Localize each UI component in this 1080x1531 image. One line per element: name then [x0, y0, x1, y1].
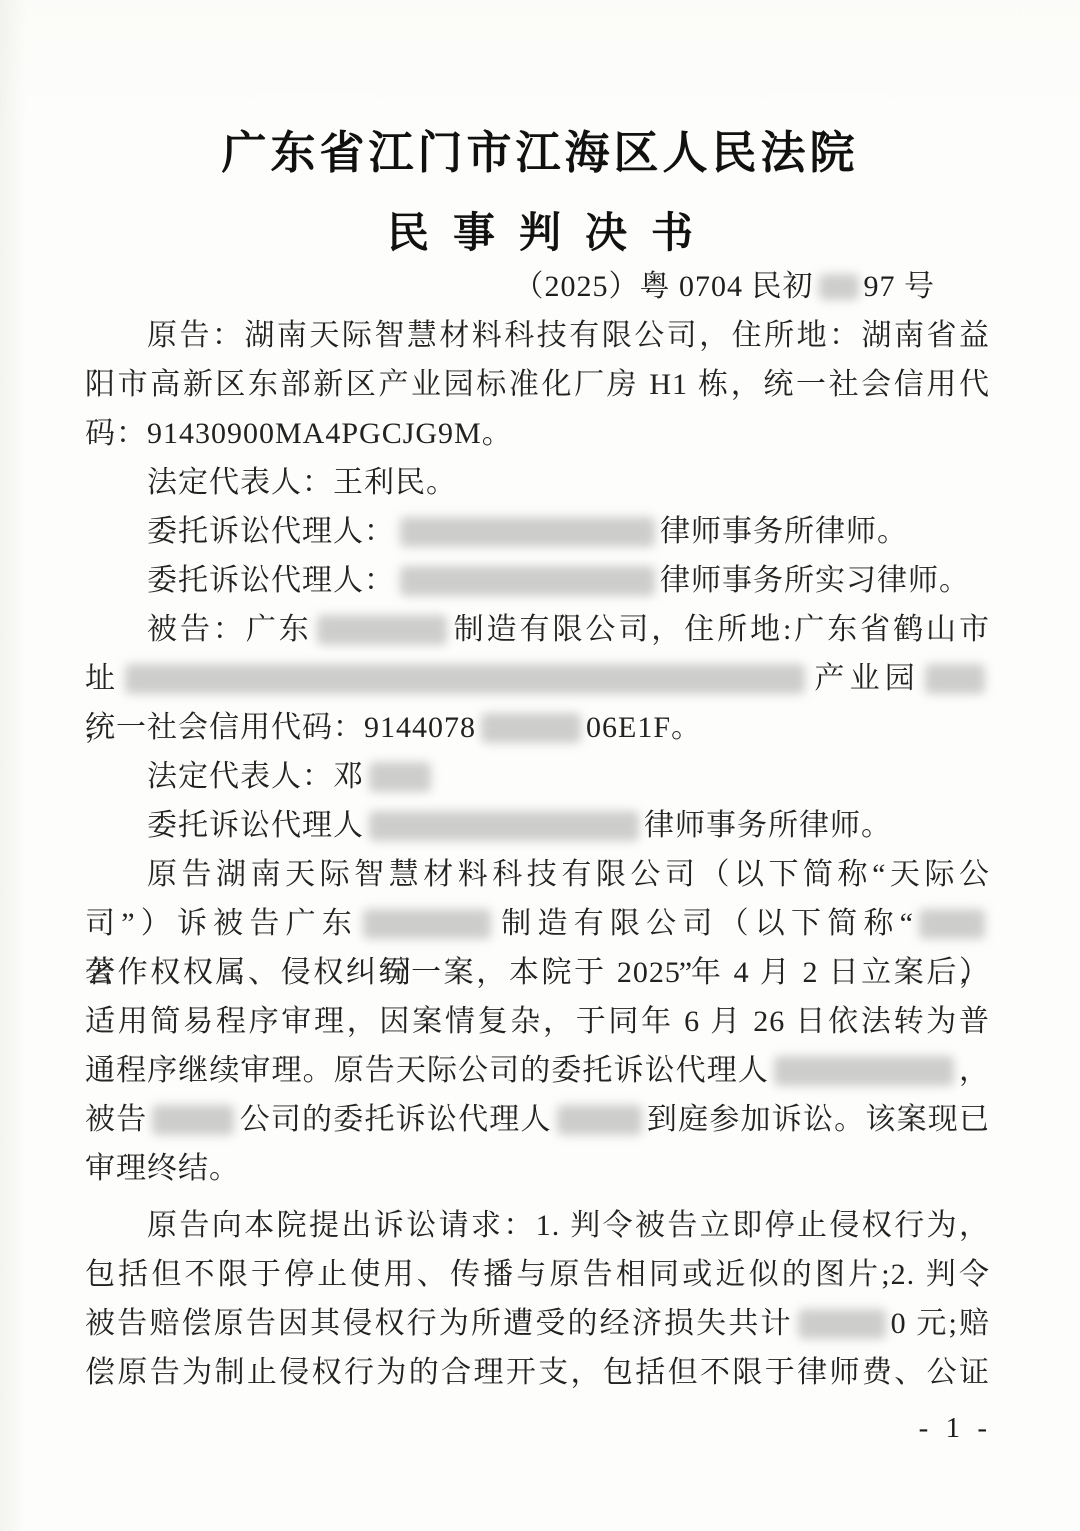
- document-line: 原告向本院提出诉讼请求：1. 判令被告立即停止侵权行为，: [85, 1201, 990, 1250]
- document-line: 委托诉讼代理人：律师事务所实习律师。: [85, 556, 990, 605]
- redaction-blur: [125, 664, 805, 694]
- text-run: 0 元;赔: [891, 1307, 990, 1340]
- redaction-blur: [152, 1105, 234, 1135]
- text-run: 制造有限公司，住所地:广东省鹤山市: [452, 613, 990, 646]
- text-run: 通程序继续审理。原告天际公司的委托诉讼代理人: [85, 1054, 769, 1087]
- redaction-blur: [400, 566, 655, 596]
- text-run: 公司的委托诉讼代理人: [239, 1103, 551, 1136]
- text-run: 审理终结。: [85, 1152, 240, 1185]
- text-run: 06E1F。: [586, 711, 702, 744]
- document-line: 码：91430900MA4PGCJG9M。: [85, 409, 990, 458]
- redaction-blur: [819, 274, 859, 300]
- document-line: 法定代表人：王利民。: [85, 458, 990, 507]
- text-run: 偿原告为制止侵权行为的合理开支，包括但不限于律师费、公证: [85, 1356, 990, 1389]
- text-run: 原告向本院提出诉讼请求：1. 判令被告立即停止侵权行为，: [147, 1209, 990, 1242]
- text-run: 被告：广东: [147, 613, 312, 646]
- document-line: 著作权权属、侵权纠纷一案，本院于 2025 年 4 月 2 日立案后，: [85, 948, 990, 997]
- document-title: 民事判决书: [0, 200, 1080, 260]
- document-line: 偿原告为制止侵权行为的合理开支，包括但不限于律师费、公证: [85, 1348, 990, 1397]
- redaction-blur: [919, 909, 985, 939]
- text-run: 码：91430900MA4PGCJG9M。: [85, 417, 513, 450]
- redaction-blur: [369, 811, 639, 841]
- text-run: 法定代表人：邓: [147, 760, 364, 793]
- text-run: 包括但不限于停止使用、传播与原告相同或近似的图片;2. 判令: [85, 1258, 990, 1291]
- text-run: 司”）诉被告广东: [85, 907, 358, 940]
- case-number: （2025）粤 0704 民初97 号: [0, 261, 935, 305]
- text-run: 到庭参加诉讼。该案现已: [647, 1103, 990, 1136]
- document-line: 被告赔偿原告因其侵权行为所遭受的经济损失共计0 元;赔: [85, 1299, 990, 1348]
- document-line: 阳市高新区东部新区产业园标准化厂房 H1 栋，统一社会信用代: [85, 360, 990, 409]
- text-run: 律师事务所实习律师。: [660, 564, 970, 597]
- text-run: 被告: [85, 1103, 147, 1136]
- redaction-blur: [400, 517, 655, 547]
- document-line: 适用简易程序审理，因案情复杂，于同年 6 月 26 日依法转为普: [85, 997, 990, 1046]
- text-run: 原告湖南天际智慧材料科技有限公司（以下简称“天际公: [147, 858, 990, 891]
- document-line: 原告湖南天际智慧材料科技有限公司（以下简称“天际公: [85, 850, 990, 899]
- document-body: 原告：湖南天际智慧材料科技有限公司，住所地：湖南省益阳市高新区东部新区产业园标准…: [85, 311, 990, 1397]
- text-run: 阳市高新区东部新区产业园标准化厂房 H1 栋，统一社会信用代: [85, 368, 990, 401]
- text-run: 统一社会信用代码：9144078: [85, 711, 476, 744]
- text-run: 原告：湖南天际智慧材料科技有限公司，住所地：湖南省益: [147, 319, 990, 352]
- document-line: 通程序继续审理。原告天际公司的委托诉讼代理人，: [85, 1046, 990, 1095]
- text-run: 产业园: [810, 662, 920, 695]
- text-run: 被告赔偿原告因其侵权行为所遭受的经济损失共计: [85, 1307, 793, 1340]
- judgment-page: 广东省江门市江海区人民法院 民事判决书 （2025）粤 0704 民初97 号 …: [0, 0, 1080, 1531]
- document-line: 原告：湖南天际智慧材料科技有限公司，住所地：湖南省益: [85, 311, 990, 360]
- redaction-blur: [774, 1056, 954, 1086]
- document-line: 统一社会信用代码：914407806E1F。: [85, 703, 990, 752]
- redaction-blur: [481, 713, 581, 743]
- redaction-blur: [369, 762, 431, 792]
- document-line: 法定代表人：邓: [85, 752, 990, 801]
- document-line: 被告：广东制造有限公司，住所地:广东省鹤山市: [85, 605, 990, 654]
- text-run: ，: [959, 1054, 990, 1087]
- text-run: 委托诉讼代理人：: [147, 515, 395, 548]
- text-run: 律师事务所律师。: [644, 809, 892, 842]
- text-run: 著作权权属、侵权纠纷一案，本院于 2025 年 4 月 2 日立案后，: [85, 956, 990, 989]
- text-run: 委托诉讼代理人：: [147, 564, 395, 597]
- document-line: 委托诉讼代理人：律师事务所律师。: [85, 507, 990, 556]
- text-run: 97 号: [864, 270, 936, 303]
- court-name: 广东省江门市江海区人民法院: [0, 116, 1080, 181]
- redaction-blur: [317, 615, 447, 645]
- text-run: 委托诉讼代理人: [147, 809, 364, 842]
- redaction-blur: [925, 664, 985, 694]
- text-run: 制造有限公司（以下简称“: [496, 907, 914, 940]
- document-line: 被告公司的委托诉讼代理人到庭参加诉讼。该案现已: [85, 1095, 990, 1144]
- text-run: 适用简易程序审理，因案情复杂，于同年 6 月 26 日依法转为普: [85, 1005, 990, 1038]
- redaction-blur: [363, 909, 491, 939]
- page-number: - 1 -: [919, 1412, 992, 1445]
- document-line: 司”）诉被告广东制造有限公司（以下简称“公司”）: [85, 899, 990, 948]
- document-line: 委托诉讼代理人律师事务所律师。: [85, 801, 990, 850]
- document-line: 址产业园，: [85, 654, 990, 703]
- text-run: 法定代表人：王利民。: [147, 466, 457, 499]
- document-line: 审理终结。: [85, 1144, 990, 1193]
- redaction-blur: [557, 1105, 642, 1135]
- document-line: 包括但不限于停止使用、传播与原告相同或近似的图片;2. 判令: [85, 1250, 990, 1299]
- text-run: （2025）粤 0704 民初: [514, 270, 814, 303]
- text-run: 律师事务所律师。: [660, 515, 908, 548]
- redaction-blur: [798, 1309, 886, 1339]
- text-run: 址: [85, 662, 120, 695]
